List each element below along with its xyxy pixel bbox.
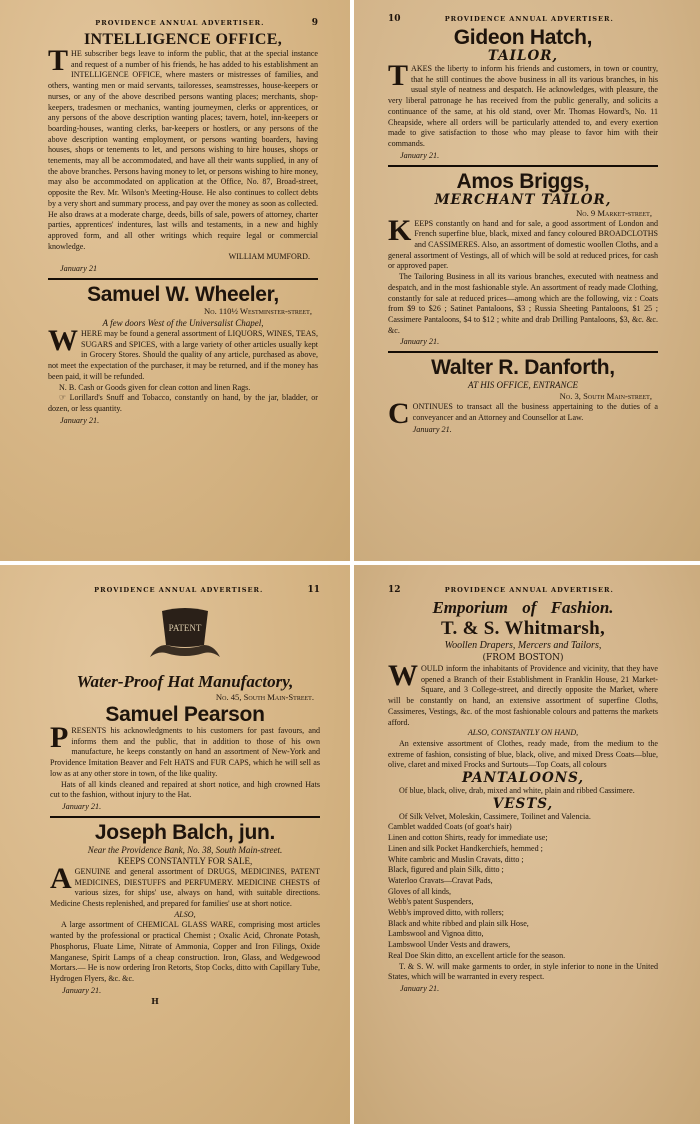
also-heading: ALSO, <box>50 910 320 921</box>
ad-hatch: Gideon Hatch, TAILOR, TAKES the liberty … <box>388 26 658 161</box>
trade: Woollen Drapers, Mercers and Tailors, <box>388 640 658 652</box>
running-head: 10 PROVIDENCE ANNUAL ADVERTISER. <box>388 14 658 26</box>
ad-title: Emporium of Fashion. <box>388 597 658 618</box>
running-head: 12 PROVIDENCE ANNUAL ADVERTISER. <box>388 585 658 597</box>
advertiser-name: Gideon Hatch, <box>388 26 658 49</box>
section-heading-vests: VESTS, <box>388 797 658 812</box>
ad-body: ONTINUES to transact all the business ap… <box>413 402 658 422</box>
ad-title: INTELLIGENCE OFFICE, <box>48 30 318 49</box>
ad-body: EEPS constantly on hand and for sale, a … <box>388 219 658 271</box>
advertiser-name: T. & S. Whitmarsh, <box>388 618 658 640</box>
ad-date: January 21 <box>48 263 318 274</box>
page-number: 12 <box>388 585 401 595</box>
list-item: Waterloo Cravats—Cravat Pads, <box>388 876 658 887</box>
ad-title: Water-Proof Hat Manufactory, <box>50 671 320 692</box>
ad-danforth: Walter R. Danforth, AT HIS OFFICE, ENTRA… <box>388 356 658 434</box>
list-item: Webb's patent Suspenders, <box>388 897 658 908</box>
address: No. 110½ Westminster-street, <box>48 306 318 317</box>
ad-whitmarsh: Emporium of Fashion. T. & S. Whitmarsh, … <box>388 597 658 994</box>
advertiser-name: Samuel W. Wheeler, <box>48 283 318 306</box>
list-item: Webb's improved ditto, with rollers; <box>388 908 658 919</box>
drop-cap: W <box>48 330 78 352</box>
running-head: PROVIDENCE ANNUAL ADVERTISER. 11 <box>50 585 320 597</box>
drop-cap: W <box>388 665 418 687</box>
divider-rule <box>48 278 318 280</box>
address: No. 45, South Main-Street. <box>50 692 320 703</box>
advertiser-name: Samuel Pearson <box>50 703 320 726</box>
drop-cap: C <box>388 403 410 425</box>
location: Near the Providence Bank, No. 38, South … <box>50 844 320 856</box>
ad-body: RESENTS his acknowledgments to his custo… <box>50 726 320 778</box>
top-hat-icon: PATENT <box>146 605 224 665</box>
list-item: Black and white ribbed and plain silk Ho… <box>388 919 658 930</box>
ad-balch: Joseph Balch, jun. Near the Providence B… <box>50 821 320 1006</box>
signature-mark: H <box>50 996 320 1006</box>
ad-body-continued: The Tailoring Business in all its variou… <box>388 272 658 336</box>
drop-cap: T <box>388 65 408 87</box>
address: No. 3, South Main-street, <box>388 391 658 402</box>
also-heading: ALSO, CONSTANTLY ON HAND, <box>388 728 658 739</box>
running-head: PROVIDENCE ANNUAL ADVERTISER. 9 <box>48 18 318 30</box>
page-number: 10 <box>388 14 401 24</box>
drop-cap: A <box>50 868 72 890</box>
section-heading-pantaloons: PANTALOONS, <box>388 771 658 786</box>
list-item: Gloves of all kinds, <box>388 887 658 898</box>
nota-bene: N. B. Cash or Goods given for clean cott… <box>48 383 318 394</box>
list-item: Black, figured and plain Silk, ditto ; <box>388 865 658 876</box>
list-item: Linen and cotton Shirts, ready for immed… <box>388 833 658 844</box>
ad-body: HERE may be found a general assortment o… <box>48 329 318 381</box>
ad-date: January 21. <box>388 336 658 347</box>
page-10: 10 PROVIDENCE ANNUAL ADVERTISER. Gideon … <box>354 0 700 561</box>
ad-wheeler: Samuel W. Wheeler, No. 110½ Westminster-… <box>48 283 318 426</box>
page-9: PROVIDENCE ANNUAL ADVERTISER. 9 INTELLIG… <box>0 0 350 561</box>
closing-text: T. & S. W. will make garments to order, … <box>388 962 658 983</box>
page-12: 12 PROVIDENCE ANNUAL ADVERTISER. Emporiu… <box>354 565 700 1124</box>
drop-cap: P <box>50 727 68 749</box>
ad-date: January 21. <box>48 415 318 426</box>
ad-body: OULD inform the inhabitants of Providenc… <box>388 664 658 727</box>
ad-body-continued: An extensive assortment of Clothes, read… <box>388 739 658 771</box>
page-number: 11 <box>307 585 320 595</box>
ad-briggs: Amos Briggs, MERCHANT TAILOR, No. 9 Mark… <box>388 170 658 348</box>
running-head-title: PROVIDENCE ANNUAL ADVERTISER. <box>401 586 658 594</box>
advertiser-name: Joseph Balch, jun. <box>50 821 320 844</box>
list-item: Linen and silk Pocket Handkerchiefs, hem… <box>388 844 658 855</box>
ad-intelligence-office: INTELLIGENCE OFFICE, THE subscriber begs… <box>48 30 318 274</box>
location: AT HIS OFFICE, ENTRANCE <box>388 379 658 391</box>
tobacco-notice: Lorillard's Snuff and Tobacco, constantl… <box>48 393 318 413</box>
address: No. 9 Market-street, <box>388 208 658 219</box>
subhead: KEEPS CONSTANTLY FOR SALE, <box>50 856 320 867</box>
origin: (FROM BOSTON) <box>388 652 658 664</box>
ad-body: GENUINE and general assortment of DRUGS,… <box>50 867 320 908</box>
list-item: Lambswool Under Vests and drawers, <box>388 940 658 951</box>
list-item: Lambswool and Vignoa ditto, <box>388 929 658 940</box>
drop-cap: K <box>388 220 411 242</box>
ad-body: AKES the liberty to inform his friends a… <box>388 64 658 148</box>
ad-date: January 21. <box>388 424 658 435</box>
advertiser-name: Amos Briggs, <box>388 170 658 193</box>
list-item: White cambric and Muslin Cravats, ditto … <box>388 855 658 866</box>
trade: TAILOR, <box>388 49 658 64</box>
divider-rule <box>388 351 658 353</box>
divider-rule <box>50 816 320 818</box>
drop-cap: T <box>48 50 68 72</box>
advertiser-name: Walter R. Danforth, <box>388 356 658 379</box>
ad-body: HE subscriber begs leave to inform the p… <box>48 49 318 251</box>
list-item: Real Doe Skin ditto, an excellent articl… <box>388 951 658 962</box>
vests-text: Of Silk Velvet, Moleskin, Cassimere, Toi… <box>388 812 658 823</box>
ad-body-continued: Hats of all kinds cleaned and repaired a… <box>50 780 320 801</box>
divider-rule <box>388 165 658 167</box>
ad-date: January 21. <box>388 983 658 994</box>
pointing-hand-icon: ☞ <box>59 393 66 402</box>
ad-pearson: PATENT Water-Proof Hat Manufactory, No. … <box>50 605 320 812</box>
list-item: Camblet wadded Coats (of goat's hair) <box>388 822 658 833</box>
running-head-title: PROVIDENCE ANNUAL ADVERTISER. <box>401 15 658 23</box>
location: A few doors West of the Universalist Cha… <box>48 317 318 329</box>
ad-date: January 21. <box>50 801 320 812</box>
page-number: 9 <box>312 18 318 28</box>
hat-label: PATENT <box>169 623 202 633</box>
ad-body-continued: A large assortment of CHEMICAL GLASS WAR… <box>50 920 320 984</box>
page-11: PROVIDENCE ANNUAL ADVERTISER. 11 PATENT … <box>0 565 350 1124</box>
ad-date: January 21. <box>50 985 320 996</box>
signature: WILLIAM MUMFORD. <box>229 252 318 263</box>
running-head-title: PROVIDENCE ANNUAL ADVERTISER. <box>48 19 312 27</box>
ad-date: January 21. <box>388 150 658 161</box>
running-head-title: PROVIDENCE ANNUAL ADVERTISER. <box>50 586 307 594</box>
trade: MERCHANT TAILOR, <box>388 193 658 208</box>
